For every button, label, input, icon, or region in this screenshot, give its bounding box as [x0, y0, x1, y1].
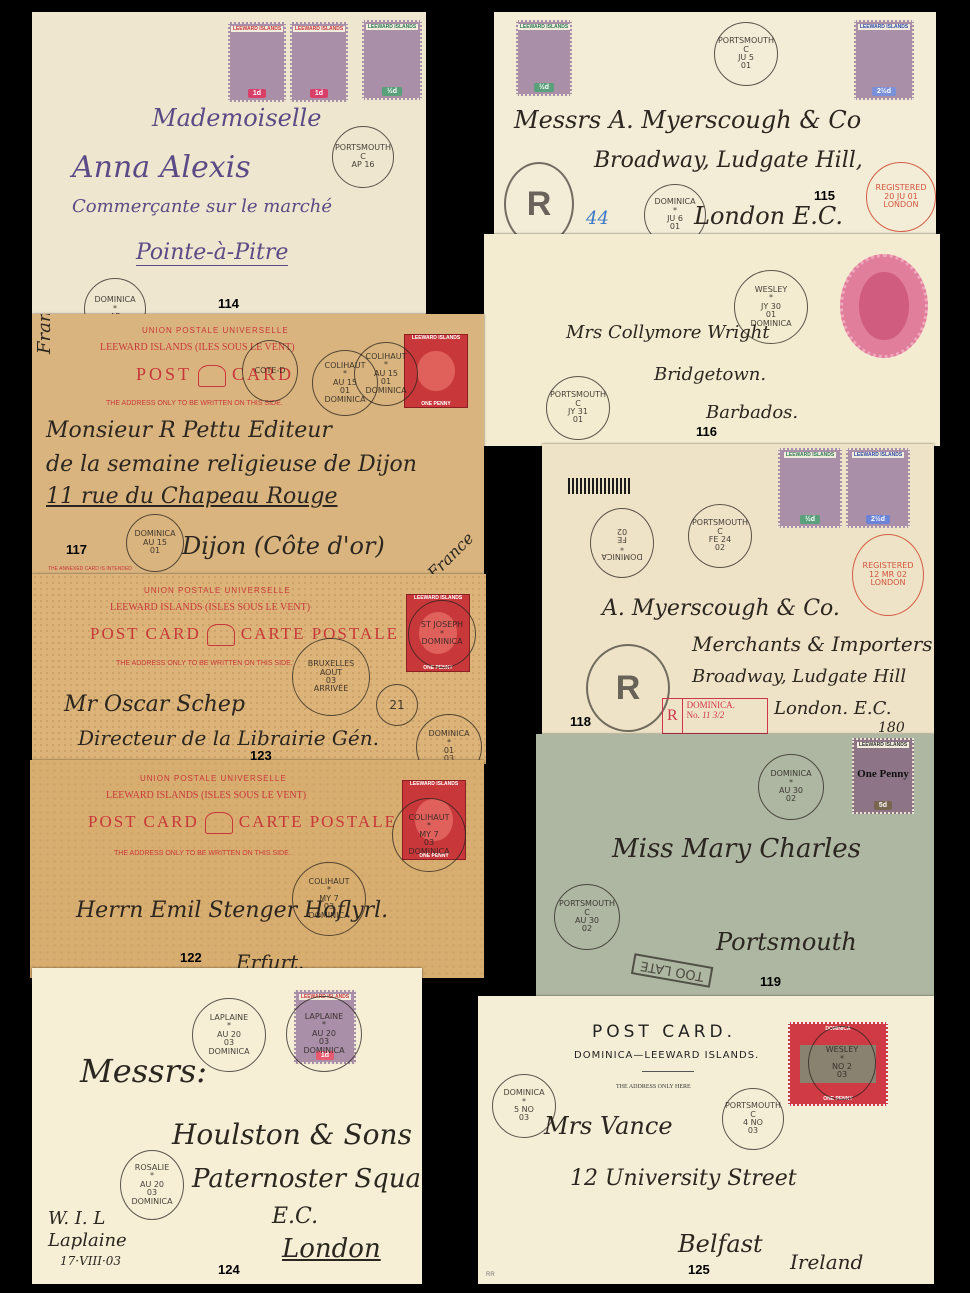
address-line: Mrs Collymore Wright [566, 322, 770, 343]
address-line: de la semaine religieuse de Dijon [46, 452, 417, 477]
lot-number: 114 [218, 296, 239, 311]
lot-119-cover: LEEWARD ISLANDS One Penny 5d DOMINICA*AU… [536, 734, 934, 998]
address-line: Portsmouth [716, 928, 857, 956]
obliteration-scribble [568, 478, 630, 494]
stamp-halfpenny: LEEWARD ISLANDS ½d [362, 20, 422, 100]
lot-number: 119 [760, 974, 781, 989]
address-line: Belfast [678, 1230, 763, 1258]
lot-117-postcard: UNION POSTALE UNIVERSELLE LEEWARD ISLAND… [32, 314, 484, 576]
address-line: London [282, 1234, 381, 1264]
card-footer: THE ANNEXED CARD IS INTENDED [48, 566, 132, 572]
address-line: Houlston & Sons [172, 1118, 412, 1151]
address-line: Paternoster Square [192, 1164, 422, 1194]
address-line: Mrs Vance [544, 1112, 673, 1140]
side-note-france: France [34, 314, 55, 354]
address-line: Ireland [790, 1250, 863, 1274]
stamp-surcharged-one-penny: LEEWARD ISLANDS One Penny 5d [852, 738, 914, 814]
lot-123-postcard: UNION POSTALE UNIVERSELLE LEEWARD ISLAND… [32, 574, 486, 764]
lot-number: 122 [180, 950, 202, 965]
address-line: Directeur de la Librairie Gén. [78, 726, 379, 750]
lot-114-cover: LEEWARD ISLANDS 1d LEEWARD ISLANDS 1d LE… [32, 12, 426, 314]
postmark-cote-d: COTE-D [242, 340, 298, 402]
postmark-registered-london: REGISTERED20 JU 01LONDON [866, 162, 936, 232]
postmark-portsmouth: PORTSMOUTHCAP 16 [332, 126, 394, 188]
card-title: POST CARDCARTE POSTALE [88, 812, 397, 834]
lot-124-cover: LEEWARD ISLANDS 1d LAPLAINE*AU 2003DOMIN… [32, 968, 422, 1284]
lot-number: 116 [696, 424, 717, 439]
lot-122-postcard: UNION POSTALE UNIVERSELLE LEEWARD ISLAND… [30, 760, 484, 978]
side-note-france: France [424, 529, 478, 576]
sender-note: 17·VIII·03 [60, 1254, 121, 1268]
card-header-line2: LEEWARD ISLANDS (ISLES SOUS LE VENT) [110, 602, 310, 613]
address-line: Messrs A. Myerscough & Co [514, 106, 861, 134]
royal-arms-icon [198, 365, 226, 387]
lot-125-postcard: POST CARD. DOMINICA—LEEWARD ISLANDS. THE… [478, 996, 934, 1284]
lot-115-cover: LEEWARD ISLANDS ½d LEEWARD ISLANDS 2½d P… [494, 12, 936, 242]
postmark-colihaut: COLIHAUT*AU 1501DOMINICA [312, 350, 378, 416]
address-line: Messrs: [80, 1052, 207, 1090]
address-line: Mr Oscar Schep [64, 692, 245, 717]
registration-r-mark: R [586, 644, 670, 732]
address-line: Commerçante sur le marché [72, 196, 332, 217]
address-line: Bridgetown. [654, 364, 766, 385]
postmark-21: 21 [376, 684, 418, 726]
registration-label: R DOMINICA.No. 11 3/2 [662, 698, 768, 734]
sender-note: Laplaine [48, 1230, 127, 1251]
postmark-rosalie: ROSALIE*AU 2003DOMINICA [120, 1150, 184, 1220]
postmark-st-joseph: ST JOSEPH*DOMINICA [408, 600, 476, 668]
postmark-portsmouth: PORTSMOUTHCJU 501 [714, 22, 778, 86]
postmark-dominica: DOMINICA*AU 3002 [758, 754, 824, 820]
lot-number: 125 [688, 1262, 710, 1277]
card-instruction: THE ADDRESS ONLY TO BE WRITTEN ON THIS S… [116, 660, 293, 667]
sender-note: W. I. L [48, 1208, 105, 1229]
postmark-portsmouth: PORTSMOUTHCFE 2402 [688, 504, 752, 568]
lot-number: 115 [814, 188, 835, 203]
address-line: 11 rue du Chapeau Rouge [46, 484, 338, 509]
postmark-registered-london: REGISTERED12 MR 02LONDON [852, 534, 924, 616]
lot-number: 118 [570, 714, 591, 729]
postmark-bruxelles-arrivee: BRUXELLESAOUT03ARRIVÉE [292, 638, 370, 716]
manuscript-number: 44 [586, 208, 609, 229]
postmark-dominica: DOMINICA*AP [84, 278, 146, 314]
address-line: E.C. [272, 1204, 318, 1229]
card-title: POST CARD. [592, 1022, 736, 1042]
too-late-mark: TOO LATE [631, 953, 714, 988]
lot-116-cover: WESLEY*JY 3001DOMINICA Mrs Collymore Wri… [484, 234, 940, 446]
manuscript-number: 180 [878, 720, 905, 734]
card-instruction: THE ADDRESS ONLY HERE [616, 1084, 691, 1090]
postmark-portsmouth: PORTSMOUTHCJY 3101 [546, 376, 610, 440]
lot-number: 124 [218, 1262, 240, 1277]
address-line: Monsieur R Pettu Editeur [46, 418, 332, 443]
postmark-portsmouth: PORTSMOUTHCAU 3002 [554, 884, 620, 950]
card-instruction: THE ADDRESS ONLY TO BE WRITTEN ON THIS S… [106, 400, 283, 407]
card-header-line1: UNION POSTALE UNIVERSELLE [140, 774, 287, 783]
postmark-dominica: DOMINICAAU 1501 [126, 514, 184, 572]
postmark-laplaine: LAPLAINE*AU 2003DOMINICA [286, 996, 362, 1072]
stamp-halfpenny: LEEWARD ISLANDS ½d [516, 20, 572, 96]
postmark-portsmouth: PORTSMOUTHC4 NO03 [722, 1088, 784, 1150]
address-line: Miss Mary Charles [612, 834, 861, 864]
stamp-1d: LEEWARD ISLANDS 1d [228, 22, 286, 102]
lot-118-cover: LEEWARD ISLANDS ½d LEEWARD ISLANDS 2½d P… [542, 444, 934, 734]
address-line: London E.C. [694, 202, 843, 230]
registration-r-mark: R [504, 162, 574, 242]
address-line: Broadway, Ludgate Hill, [594, 148, 863, 173]
address-line: Broadway, Ludgate Hill [692, 666, 906, 687]
card-header-line2: LEEWARD ISLANDS (ISLES SOUS LE VENT) [106, 790, 306, 801]
address-line: London. E.C. [774, 698, 892, 719]
lot-number: 117 [66, 542, 87, 557]
address-line: Barbados. [706, 402, 798, 423]
stamp-halfpenny: LEEWARD ISLANDS ½d [778, 448, 842, 528]
card-header-line1: UNION POSTALE UNIVERSELLE [142, 326, 289, 335]
embossed-stamp-one-penny [840, 254, 928, 358]
card-subtitle: DOMINICA—LEEWARD ISLANDS. [574, 1050, 759, 1061]
stamp-1d: LEEWARD ISLANDS 1d [290, 22, 348, 102]
address-line: Anna Alexis [72, 150, 251, 185]
address-line: A. Myerscough & Co. [602, 596, 840, 621]
card-title: POST CARDCARTE POSTALE [90, 624, 399, 646]
royal-arms-icon [205, 812, 233, 834]
card-instruction: THE ADDRESS ONLY TO BE WRITTEN ON THIS S… [114, 850, 291, 857]
postmark-colihaut: COLIHAUT*MY 703DOMINICA [392, 798, 466, 872]
postmark-dominica: DOMINICA*0103 [416, 714, 482, 764]
address-line: 12 University Street [570, 1166, 797, 1191]
address-line: Pointe-à-Pitre [136, 240, 288, 266]
address-line: Merchants & Importers [692, 632, 933, 656]
address-line: Mademoiselle [152, 104, 321, 132]
card-header-line1: UNION POSTALE UNIVERSELLE [144, 586, 291, 595]
postmark-wesley: WESLEY*NO 203 [808, 1026, 876, 1100]
royal-arms-icon [207, 624, 235, 646]
stamp-2half: LEEWARD ISLANDS 2½d [854, 20, 914, 100]
address-line: Herrn Emil Stenger Hoflyrl. [76, 898, 388, 923]
divider [642, 1071, 694, 1072]
corner-note: RR [486, 1272, 495, 1278]
stamp-2half: LEEWARD ISLANDS 2½d [846, 448, 910, 528]
address-line: Dijon (Côte d'or) [182, 532, 385, 560]
postmark-dominica: DOMINICA*FE02 [590, 508, 654, 578]
